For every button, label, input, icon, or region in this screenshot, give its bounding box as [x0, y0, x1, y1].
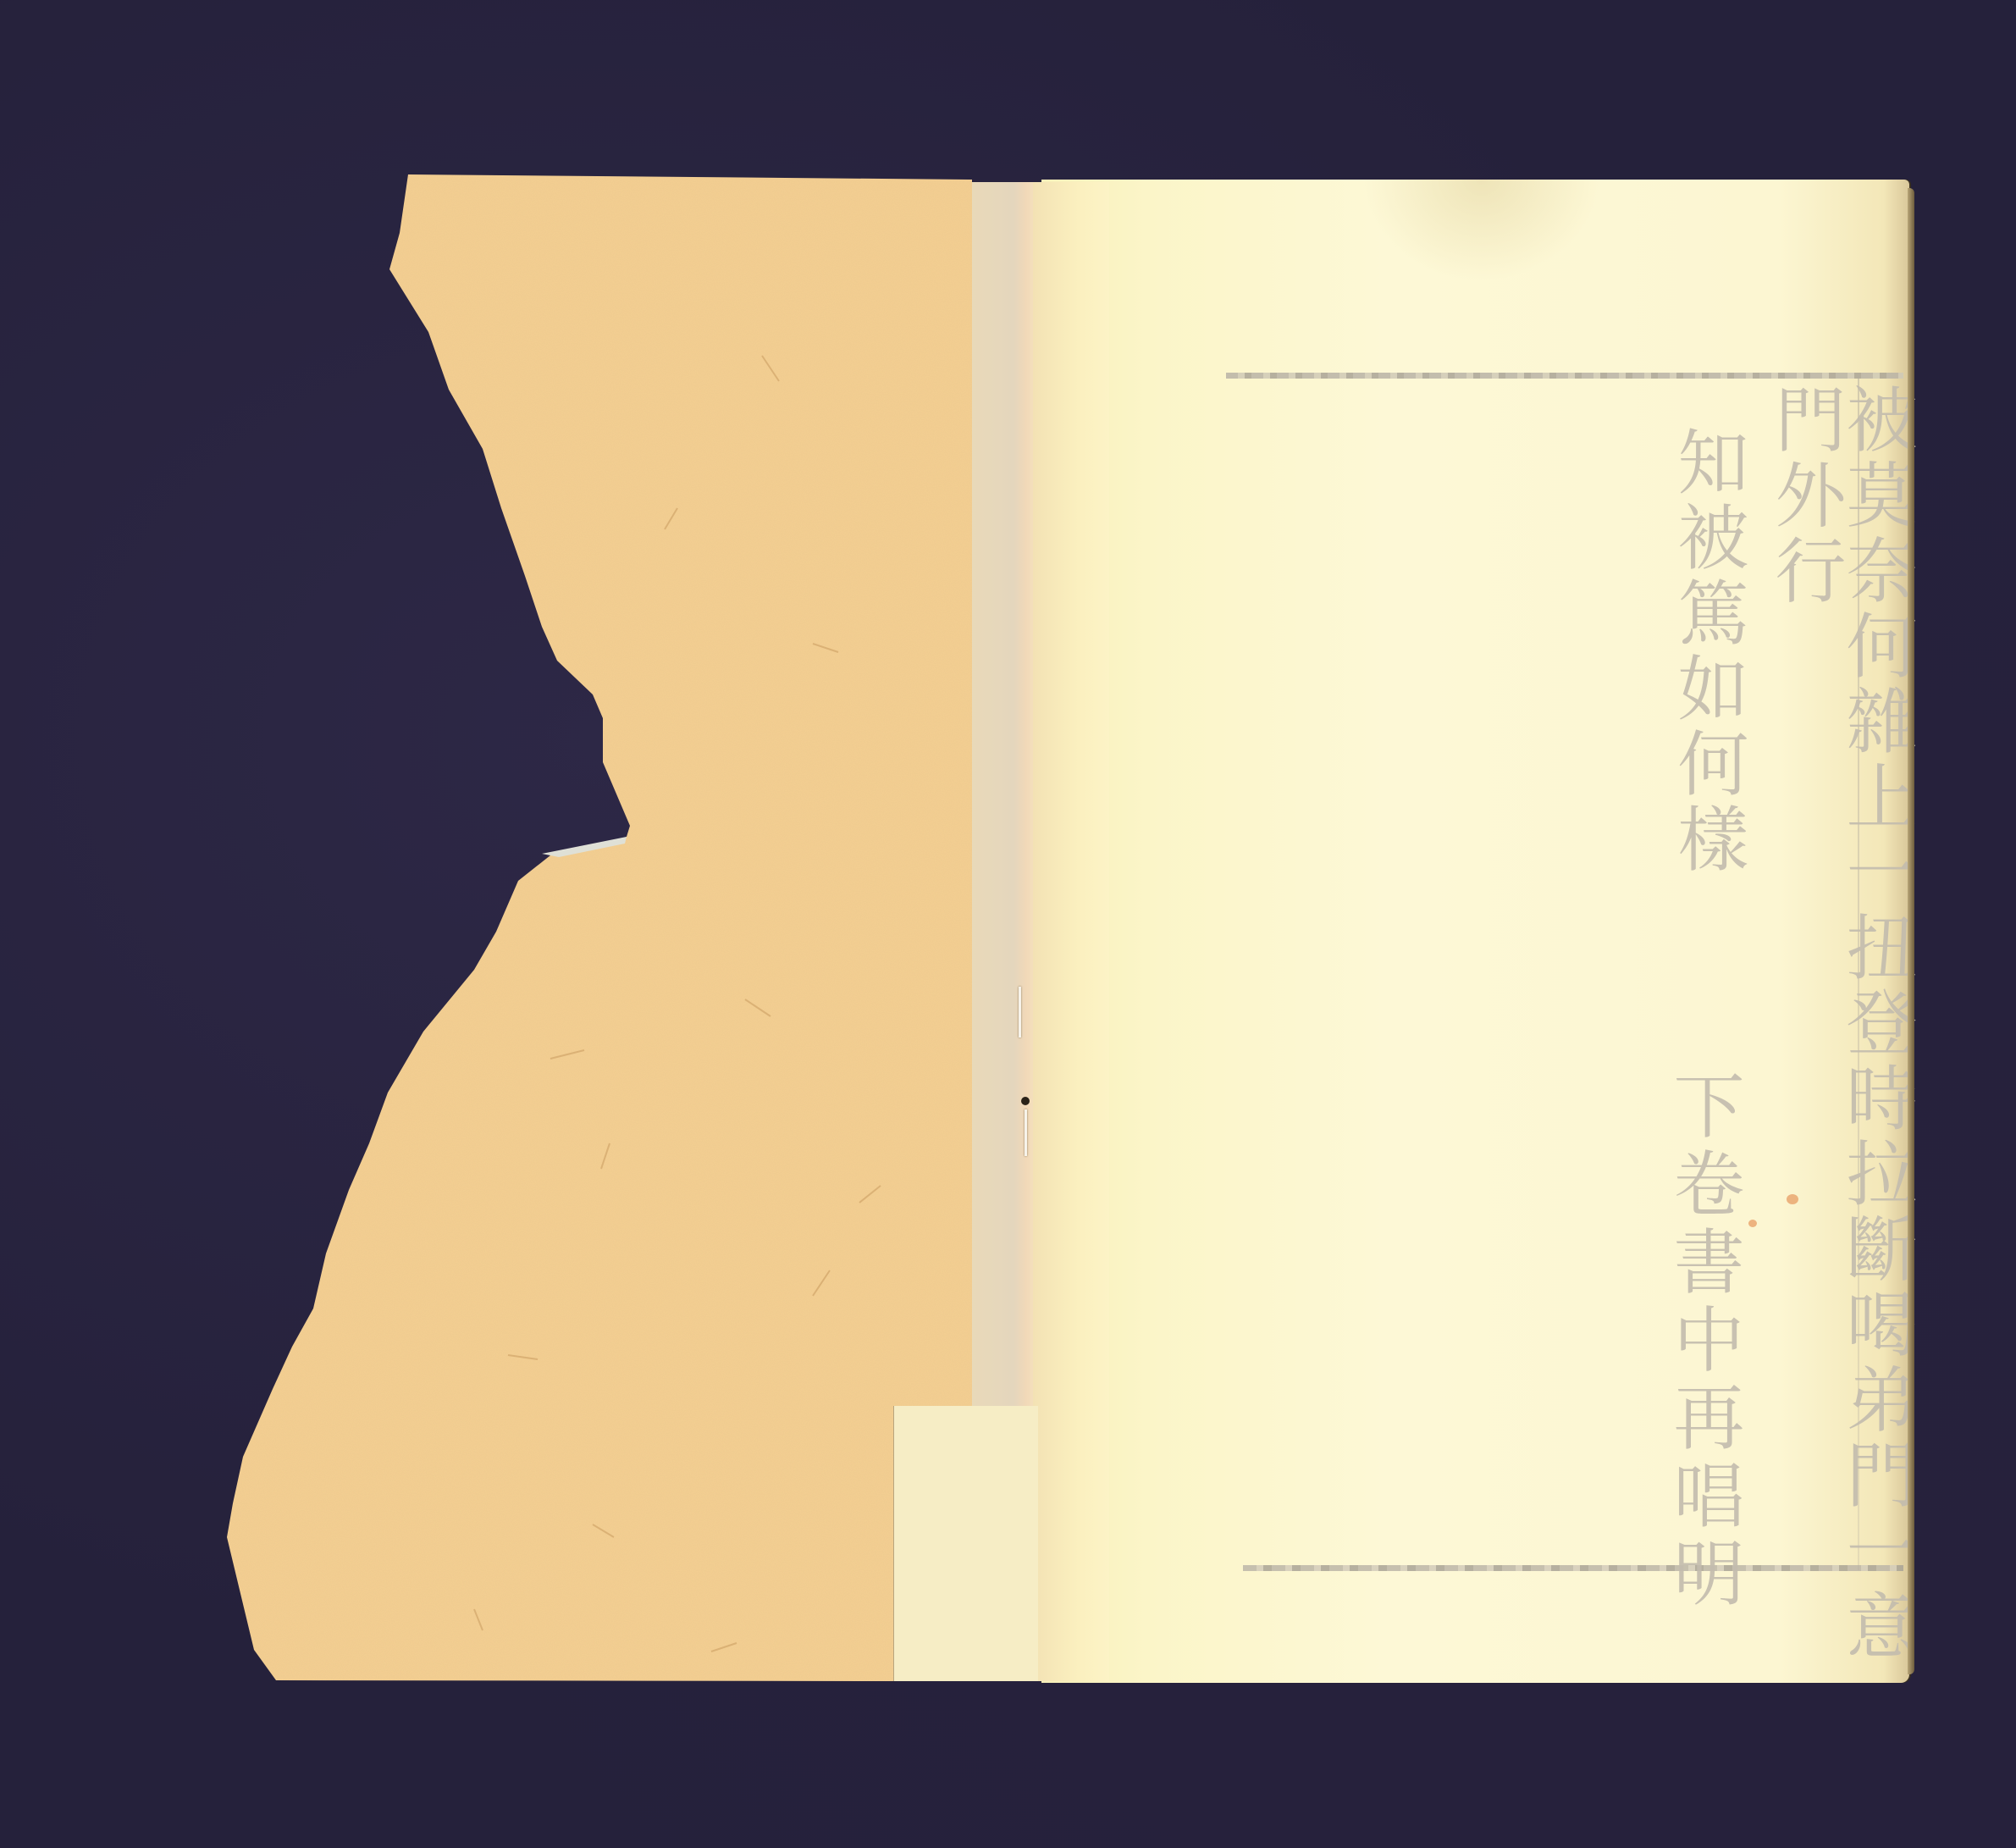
page-edge — [1908, 188, 1914, 1674]
text-column-2: 知被篤如何樣 — [1672, 425, 1743, 877]
right-page: 被莫奈何雜上一扭登時拉斷喝弟門一意門外行 知被篤如何樣 下卷書中再唱明 — [1041, 180, 1909, 1683]
frame-top-border — [1226, 373, 1903, 379]
binding-thread — [1019, 987, 1021, 1037]
red-ink-mark — [1748, 1220, 1757, 1227]
text-column-1: 被莫奈何雜上一扭登時拉斷喝弟門一意門外行 — [1770, 383, 1912, 1683]
spine-fold-strip — [1033, 182, 1109, 1681]
binding-hole — [1021, 1097, 1030, 1105]
text-column-3: 下卷書中再唱明 — [1668, 1069, 1739, 1614]
torn-front-cover — [0, 0, 974, 1848]
water-stain — [1363, 180, 1600, 281]
binding-thread — [1025, 1109, 1027, 1156]
red-ink-mark — [1787, 1194, 1798, 1204]
